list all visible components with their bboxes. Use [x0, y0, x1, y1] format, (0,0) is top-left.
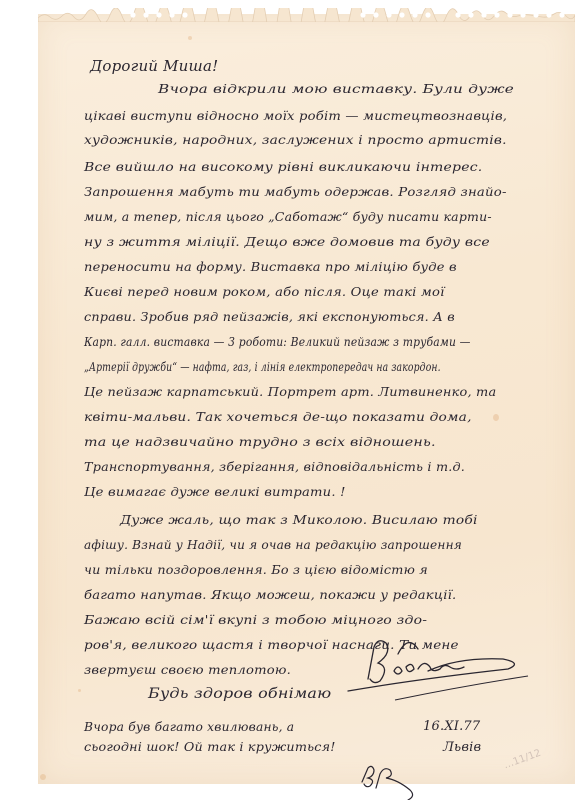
- letter-closing: Будь здоров обнімаю: [148, 686, 331, 702]
- letter-line: Все вийшло на високому рівні викликаючи …: [84, 159, 482, 174]
- arrow-stroke: [393, 674, 533, 704]
- letter-line: Києві перед новим роком, або після. Оце …: [84, 284, 445, 299]
- initials-signature: [358, 762, 428, 800]
- letter-line: афішу. Взнай у Надії, чи я очав на редак…: [84, 537, 462, 552]
- letter-line: цікаві виступи відносно моїх робіт — мис…: [84, 108, 507, 123]
- letter-line: мим, а тепер, після цього „Саботаж“ буду…: [84, 209, 492, 224]
- letter-line: та це надзвичайно трудно з всіх відношен…: [84, 434, 436, 449]
- torn-perforated-edge: [38, 8, 575, 22]
- letter-line: Це вимагає дуже великі витрати. !: [84, 484, 346, 499]
- letter-line: Транспортування, зберігання, відповідаль…: [84, 459, 465, 474]
- letter-line: Бажаю всій сім'ї вкупі з тобою міцного з…: [84, 612, 427, 627]
- letter-line: Дуже жаль, що так з Миколою. Висилаю тоб…: [120, 512, 478, 527]
- postscript-line: Вчора був багато хвилювань, а: [84, 719, 294, 734]
- letter-line: переносити на форму. Виставка про міліці…: [84, 259, 457, 274]
- letter-line: справи. Зробив ряд пейзажів, які експону…: [84, 309, 455, 324]
- letter-line: звертуєш своєю теплотою.: [84, 662, 291, 677]
- letter-line: Запрошення мабуть ти мабуть одержав. Роз…: [84, 184, 507, 199]
- pencil-archival-note: …11/12: [502, 748, 542, 772]
- paper-stain: [188, 36, 192, 40]
- letter-line: „Артерії дружби“ — нафта, газ, і лінія е…: [84, 359, 441, 374]
- paper-stain: [493, 414, 499, 421]
- letter-line: художників, народних, заслужених і прост…: [84, 132, 507, 147]
- letter-line: Це пейзаж карпатський. Портрет арт. Литв…: [84, 384, 496, 399]
- paper-stain: [78, 689, 81, 692]
- letter-greeting: Дорогий Миша!: [90, 57, 218, 75]
- letter-line: чи тільки поздоровлення. Бо з цією відом…: [84, 562, 428, 577]
- letter-sheet: Дорогий Миша! Вчора відкрили мою виставк…: [38, 14, 575, 784]
- paper-stain: [40, 774, 46, 780]
- letter-line: багато напутав. Якщо можеш, покажи у ред…: [84, 587, 456, 602]
- letter-place: Львів: [443, 740, 481, 755]
- letter-line: ну з життя міліції. Дещо вже домовив та …: [84, 234, 490, 249]
- letter-line: Вчора відкрили мою виставку. Були дуже: [158, 81, 514, 96]
- letter-line: Карп. галл. виставка — 3 роботи: Великий…: [84, 334, 471, 349]
- letter-line: квіти-мальви. Так хочеться де-що показат…: [84, 409, 472, 424]
- letter-date: 16.XI.77: [423, 719, 480, 734]
- postscript-line: сьогодні шок! Ой так і кружиться!: [84, 739, 336, 754]
